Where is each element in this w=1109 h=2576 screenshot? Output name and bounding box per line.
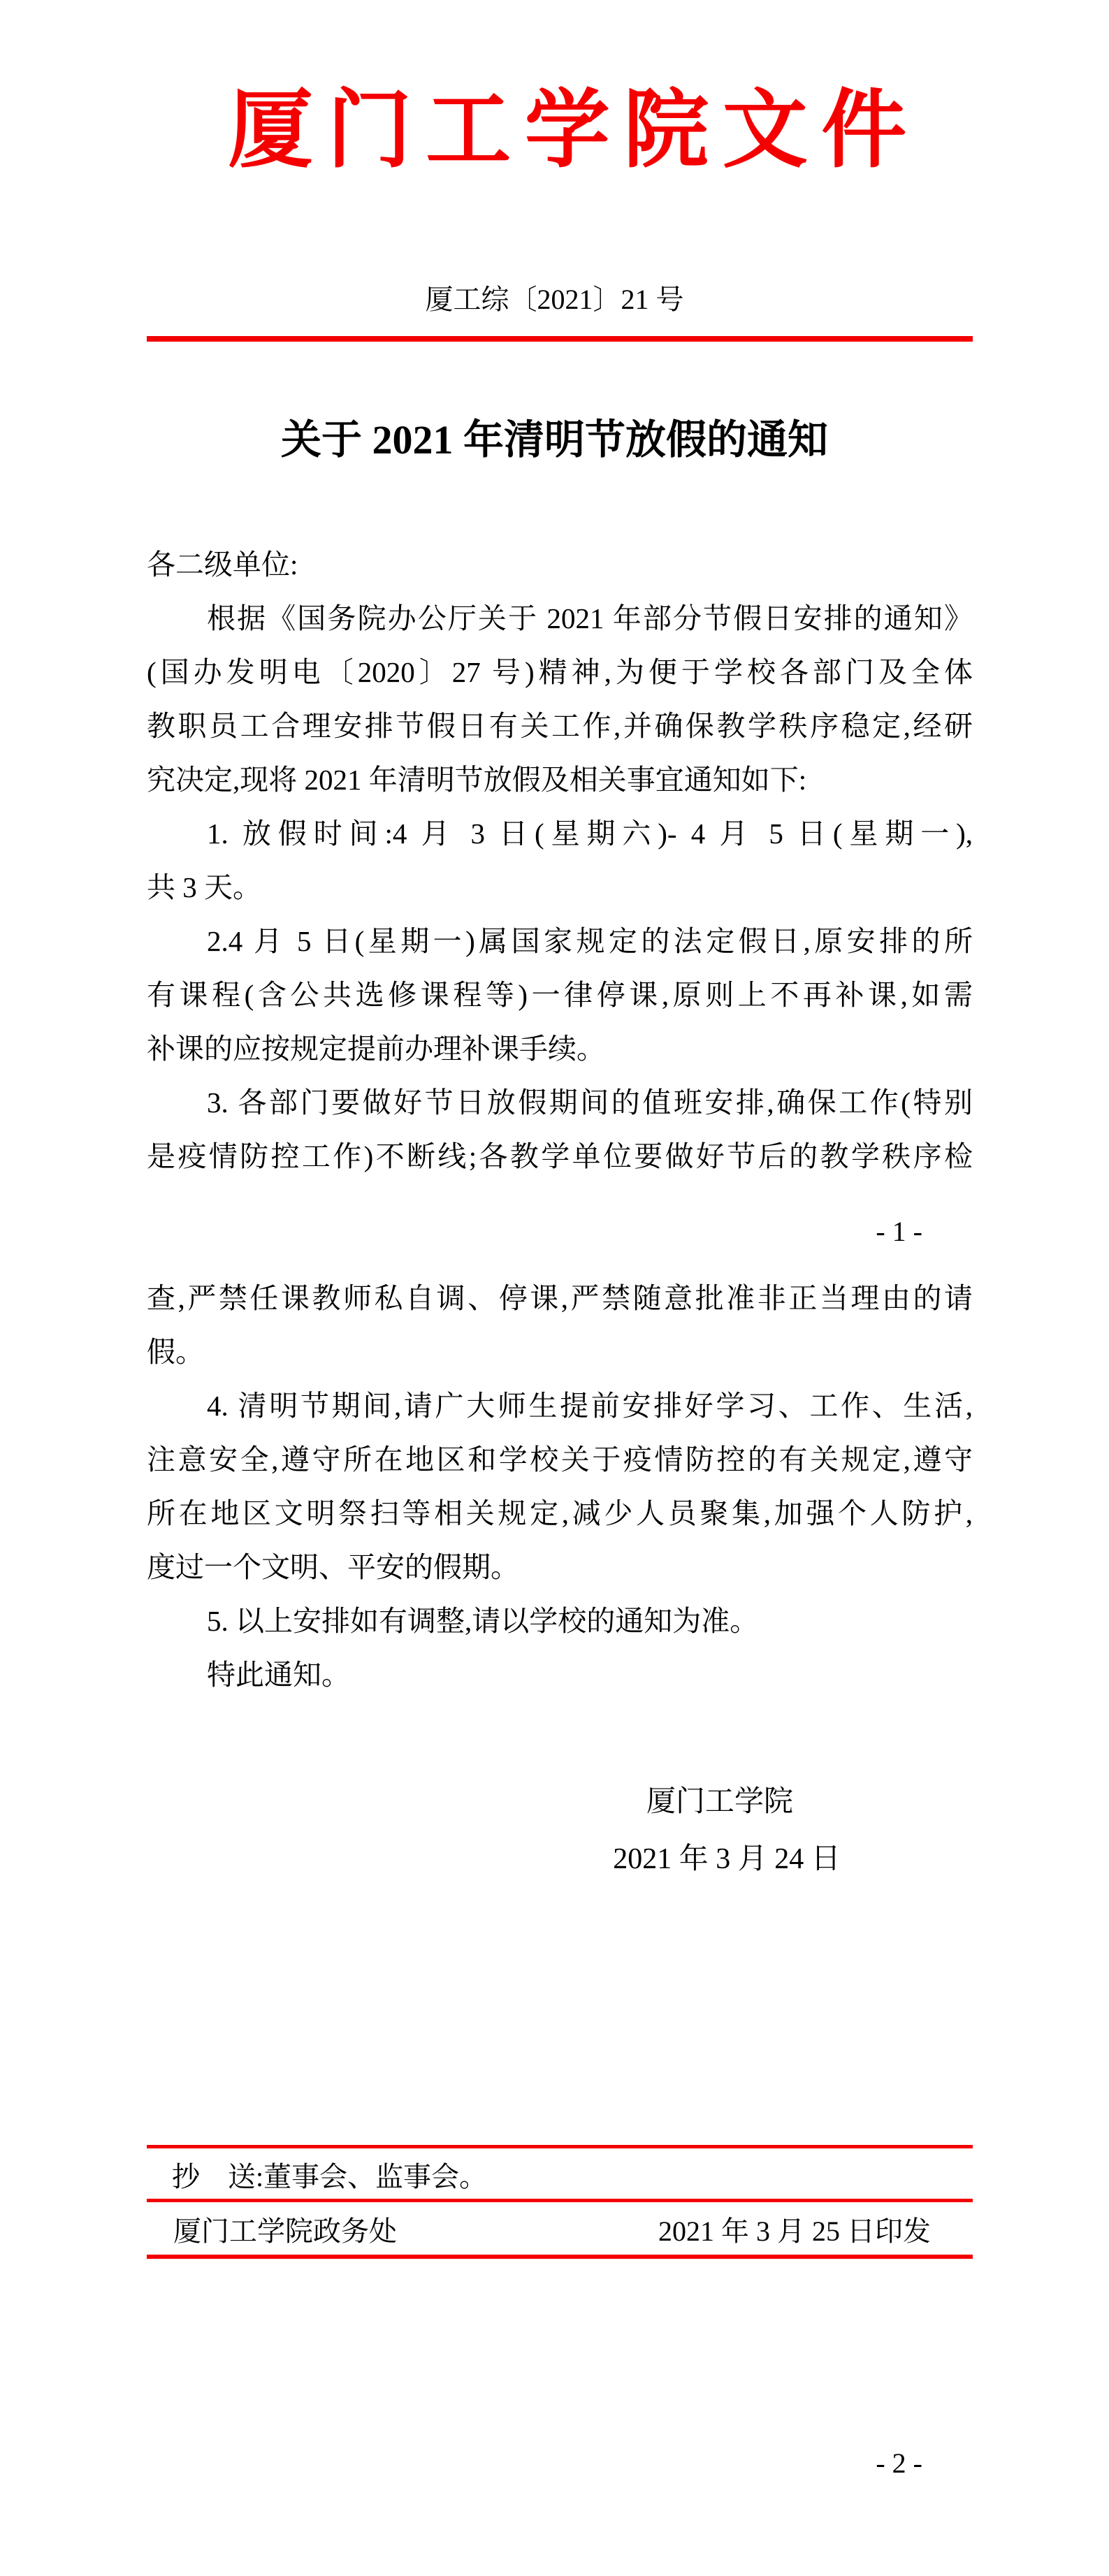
body-line: 教职员工合理安排节假日有关工作,并确保教学秩序稳定,经研	[147, 699, 973, 753]
page-number-1: - 1 -	[147, 1212, 922, 1251]
body-line: 补课的应按规定提前办理补课手续。	[147, 1022, 973, 1076]
body-line: 有课程(含公共选修课程等)一律停课,原则上不再补课,如需	[147, 968, 973, 1022]
body-line: 5. 以上安排如有调整,请以学校的通知为准。	[147, 1594, 973, 1648]
cc-text: 抄 送:董事会、监事会。	[172, 2161, 487, 2192]
body-line: 根据《国务院办公厅关于 2021 年部分节假日安排的通知》	[147, 592, 973, 646]
body-text-page1: 各二级单位:根据《国务院办公厅关于 2021 年部分节假日安排的通知》(国办发明…	[147, 538, 973, 1184]
letterhead-org-title: 厦门工学院文件	[0, 72, 1109, 191]
body-line: 假。	[147, 1325, 973, 1379]
body-line: 3. 各部门要做好节日放假期间的值班安排,确保工作(特别	[147, 1076, 973, 1130]
body-line: 4. 清明节期间,请广大师生提前安排好学习、工作、生活,	[147, 1379, 973, 1433]
issuer-name: 厦门工学院政务处	[173, 2208, 397, 2255]
body-line: 特此通知。	[147, 1648, 973, 1702]
body-text-page2: 查,严禁任课教师私自调、停课,严禁随意批准非正当理由的请假。4. 清明节期间,请…	[147, 1272, 973, 1702]
doc-number: 厦工综〔2021〕21 号	[0, 278, 1109, 321]
body-line: 1. 放假时间:4 月 3 日(星期六)- 4 月 5 日(星期一),	[147, 807, 973, 861]
body-line: (国办发明电〔2020〕27 号)精神,为便于学校各部门及全体	[147, 646, 973, 699]
body-line: 2.4 月 5 日(星期一)属国家规定的法定假日,原安排的所	[147, 915, 973, 968]
footer-divider-line-middle	[147, 2199, 973, 2202]
footer-divider-line-top	[147, 2145, 973, 2148]
body-line: 各二级单位:	[147, 538, 973, 592]
body-line: 究决定,现将 2021 年清明节放假及相关事宜通知如下:	[147, 753, 973, 807]
body-line: 所在地区文明祭扫等相关规定,减少人员聚集,加强个人防护,	[147, 1487, 973, 1541]
body-line: 是疫情防控工作)不断线;各教学单位要做好节后的教学秩序检	[147, 1130, 973, 1184]
footer-divider-line-bottom	[147, 2255, 973, 2259]
page-number-2: - 2 -	[147, 2444, 922, 2482]
cc-row: 抄 送:董事会、监事会。	[147, 2155, 973, 2199]
body-line: 共 3 天。	[147, 861, 973, 915]
body-line: 查,严禁任课教师私自调、停课,严禁随意批准非正当理由的请	[147, 1272, 973, 1325]
issue-date: 2021 年 3 月 25 日印发	[658, 2208, 931, 2255]
body-line: 度过一个文明、平安的假期。	[147, 1541, 973, 1594]
body-line: 注意安全,遵守所在地区和学校关于疫情防控的有关规定,遵守	[147, 1433, 973, 1487]
signature-org: 厦门工学院	[559, 1780, 880, 1824]
issue-row: 厦门工学院政务处 2021 年 3 月 25 日印发	[147, 2208, 973, 2255]
notice-title: 关于 2021 年清明节放假的通知	[0, 409, 1109, 472]
letterhead-divider-line	[147, 336, 973, 342]
document-page: 厦门工学院文件 厦工综〔2021〕21 号 关于 2021 年清明节放假的通知 …	[0, 0, 1109, 2576]
signature-date: 2021 年 3 月 24 日	[559, 1838, 894, 1881]
